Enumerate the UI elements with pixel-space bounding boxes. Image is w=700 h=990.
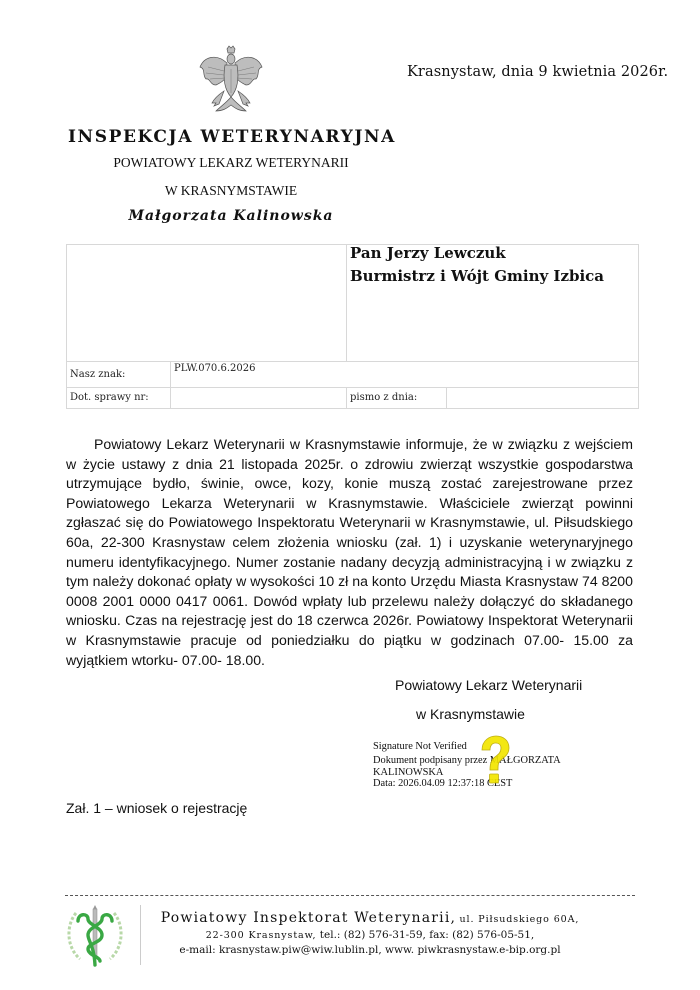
question-mark-icon: [478, 735, 512, 787]
footer-email-website[interactable]: e-mail: krasnystaw.piw@wiw.lublin.pl, ww…: [150, 943, 590, 958]
table-border: [446, 387, 447, 409]
signed-by-line: Dokument podpisany przez MAŁGORZATA: [373, 755, 561, 766]
footer-vertical-divider: [140, 905, 141, 965]
footer-phone: tel.: (82) 576-31-59, fax: (82) 576-05-5…: [320, 929, 534, 941]
table-border: [346, 244, 347, 362]
footer-street: ul. Piłsudskiego 60A,: [460, 914, 580, 925]
place-and-date: Krasnystaw, dnia 9 kwietnia 2026r.: [407, 64, 668, 80]
table-border: [66, 244, 67, 409]
attachment-note: Zał. 1 – wniosek o rejestrację: [66, 800, 247, 816]
institution-title: INSPEKCJA WETERYNARYJNA: [68, 127, 396, 147]
veterinary-caduceus-logo-icon: [64, 903, 126, 967]
polish-eagle-emblem-icon: [196, 45, 266, 117]
office-location: W KRASNYMSTAWIE: [60, 183, 402, 199]
letter-body: Powiatowy Lekarz Weterynarii w Krasnymst…: [66, 435, 633, 670]
table-border: [170, 361, 171, 409]
our-reference-value: PLW.070.6.2026: [174, 363, 255, 374]
case-number-label: Dot. sprawy nr:: [70, 392, 149, 403]
table-border: [66, 408, 638, 409]
signatory-title: Powiatowy Lekarz Weterynarii: [395, 677, 582, 693]
signature-date: Data: 2026.04.09 12:37:18 CEST: [373, 778, 561, 789]
recipient-name: Pan Jerzy Lewczuk: [350, 244, 506, 262]
officer-name: Małgorzata Kalinowska: [60, 208, 402, 224]
letter-date-label: pismo z dnia:: [350, 392, 417, 403]
footer-contact: Powiatowy Inspektorat Weterynarii, ul. P…: [150, 911, 590, 958]
footer-city: 22-300 Krasnystaw,: [206, 930, 317, 941]
table-border: [638, 244, 639, 409]
table-border: [66, 387, 638, 388]
table-border: [346, 387, 347, 409]
office-name: POWIATOWY LEKARZ WETERYNARII: [60, 155, 402, 171]
footer-divider-line: [65, 895, 635, 896]
footer-org-name: Powiatowy Inspektorat Weterynarii,: [161, 910, 456, 926]
signed-by-name: KALINOWSKA: [373, 767, 561, 778]
digital-signature-block[interactable]: Signature Not Verified Dokument podpisan…: [373, 741, 561, 790]
recipient-title: Burmistrz i Wójt Gminy Izbica: [350, 267, 604, 285]
signature-status: Signature Not Verified: [373, 741, 561, 752]
signatory-place: w Krasnymstawie: [416, 706, 525, 722]
our-reference-label: Nasz znak:: [70, 369, 125, 380]
table-border: [66, 361, 638, 362]
